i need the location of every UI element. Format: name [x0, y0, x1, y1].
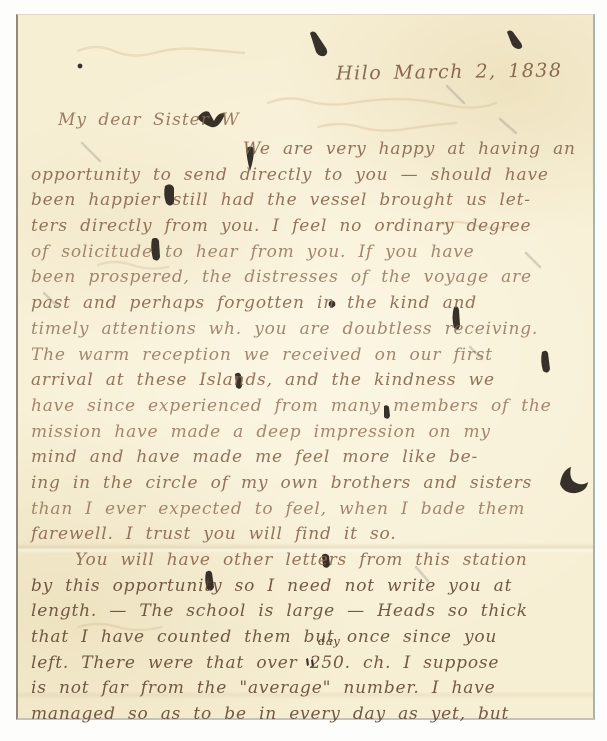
date-line: Hilo March 2, 1838 [336, 59, 563, 84]
letter-page: Hilo March 2, 1838 My dear Sister W We a… [16, 14, 595, 720]
letter-line: by this opportunity so I need not write … [31, 576, 589, 602]
letter-body: We are very happy at having an opportuni… [31, 139, 589, 730]
letter-line: opportunity to send directly to you — sh… [31, 165, 589, 191]
letter-line: ing in the circle of my own brothers and… [31, 473, 589, 499]
interlinear-insertion: day [318, 634, 340, 648]
letter-line: ters directly from you. I feel no ordina… [31, 216, 589, 242]
letter-line: past and perhaps forgotten in the kind a… [31, 293, 589, 319]
salutation: My dear Sister W [58, 110, 240, 130]
letter-line: been happier still had the vessel brough… [31, 190, 589, 216]
letter-line: have since experienced from many members… [31, 396, 589, 422]
letter-line: arrival at these Islands, and the kindne… [31, 370, 589, 396]
letter-line: managed so as to be in every day as yet,… [31, 704, 589, 730]
letter-line: mission have made a deep impression on m… [31, 422, 589, 448]
letter-line: than I ever expected to feel, when I bad… [31, 499, 589, 525]
letter-line: We are very happy at having an [31, 139, 589, 165]
letter-line: length. — The school is large — Heads so… [31, 601, 589, 627]
letter-line: You will have other letters from this st… [31, 550, 589, 576]
letter-line: The warm reception we received on our fi… [31, 345, 589, 371]
letter-line: of solicitude to hear from you. If you h… [31, 242, 589, 268]
letter-line: been prospered, the distresses of the vo… [31, 267, 589, 293]
letter-line: timely attentions wh. you are doubtless … [31, 319, 589, 345]
letter-line: mind and have made me feel more like be- [31, 447, 589, 473]
letter-line: farewell. I trust you will find it so. [31, 524, 589, 550]
letter-line: is not far from the "average" number. I … [31, 678, 589, 704]
letter-line: that I have counted them but once since … [31, 627, 589, 653]
letter-line: left. There were that over 250. ch. I su… [31, 653, 589, 679]
